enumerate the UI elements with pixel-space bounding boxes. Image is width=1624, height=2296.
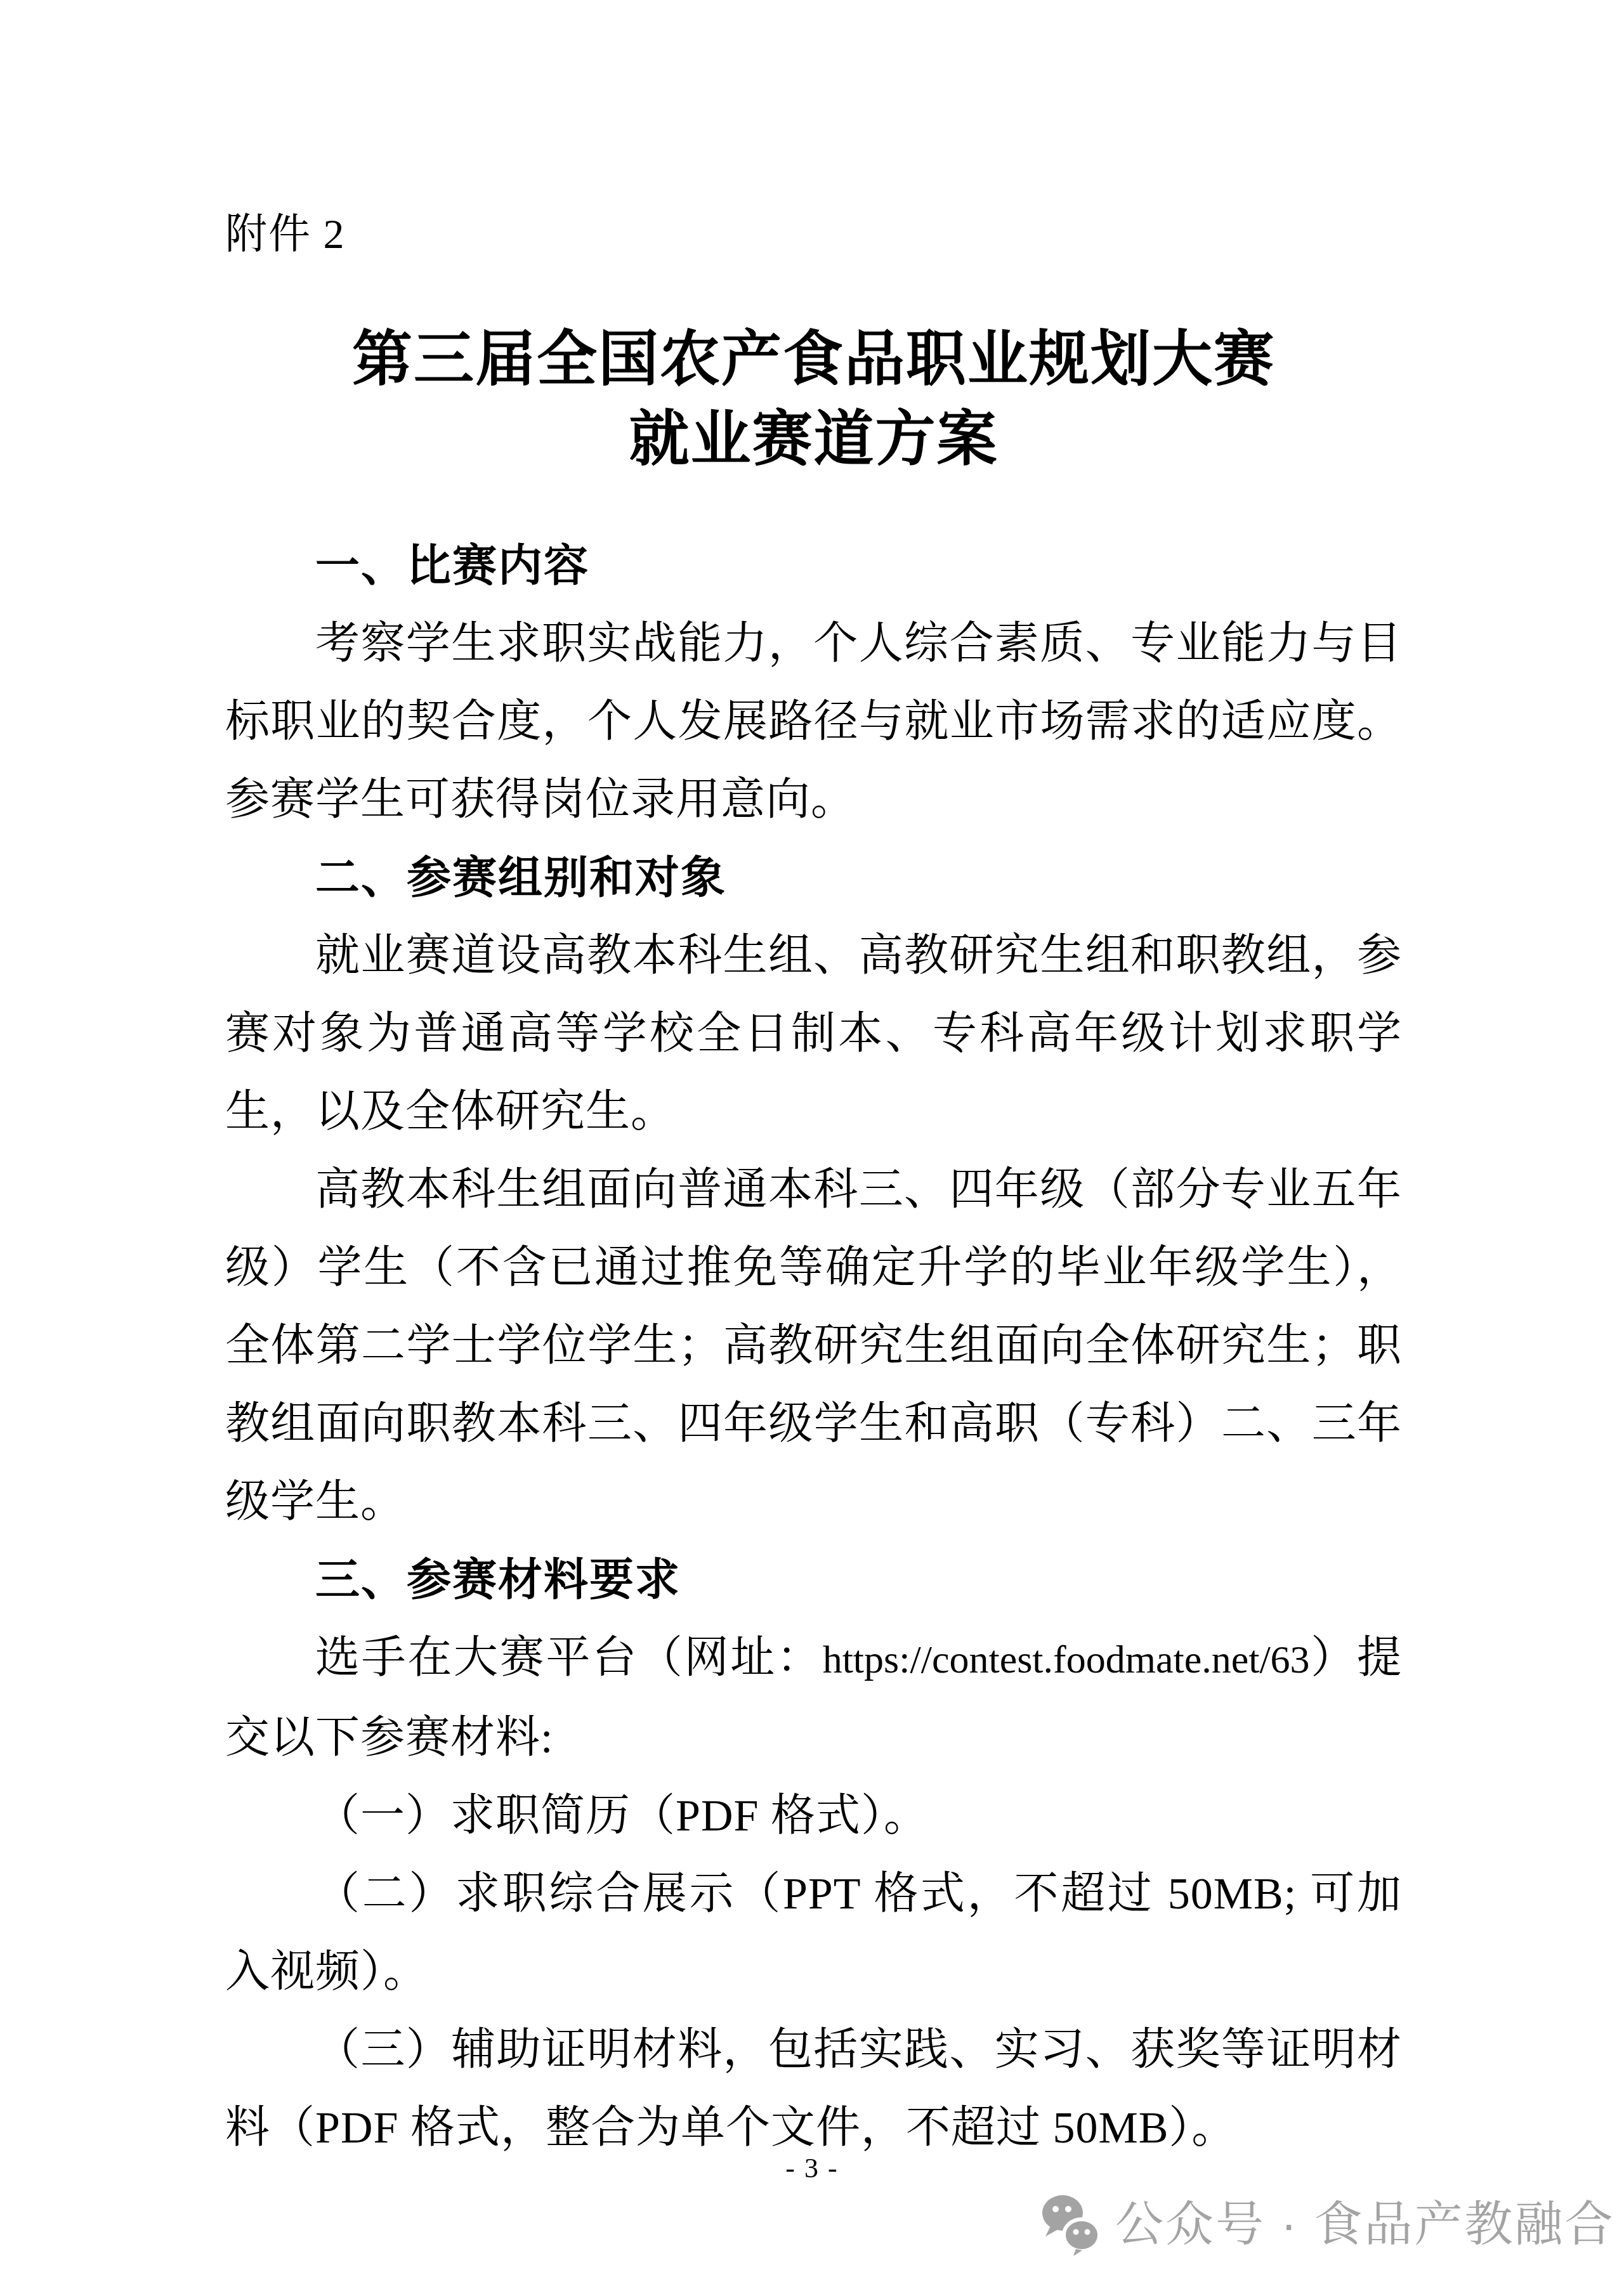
title-line-1: 第三届全国农产食品职业规划大赛 [225, 320, 1402, 400]
material-item-supporting-documents: （三）辅助证明材料，包括实践、实习、获奖等证明材料（PDF 格式，整合为单个文件… [225, 2011, 1402, 2167]
paragraph-competition-content: 考察学生求职实战能力，个人综合素质、专业能力与目标职业的契合度，个人发展路径与就… [225, 605, 1402, 839]
materials-intro-pre: 选手在大赛平台（网址： [315, 1634, 823, 1683]
paragraph-materials-intro: 选手在大赛平台（网址：https://contest.foodmate.net/… [225, 1619, 1402, 1777]
document-content: 附件 2 第三届全国农产食品职业规划大赛 就业赛道方案 一、比赛内容 考察学生求… [0, 0, 1624, 2167]
section-heading-competition-content: 一、比赛内容 [225, 527, 1402, 605]
wechat-icon [1042, 2193, 1101, 2257]
paragraph-groups: 就业赛道设高教本科生组、高教研究生组和职教组，参赛对象为普通高等学校全日制本、专… [225, 917, 1402, 1151]
wechat-watermark: 公众号 · 食品产教融合 [1042, 2193, 1615, 2257]
section-heading-material-requirements: 三、参赛材料要求 [225, 1541, 1402, 1619]
contest-platform-url: https://contest.foodmate.net/63 [823, 1638, 1310, 1681]
document-body: 一、比赛内容 考察学生求职实战能力，个人综合素质、专业能力与目标职业的契合度，个… [225, 527, 1402, 2167]
page-number: - 3 - [0, 2151, 1624, 2186]
paragraph-group-details: 高教本科生组面向普通本科三、四年级（部分专业五年级）学生（不含已通过推免等确定升… [225, 1151, 1402, 1541]
title-line-2: 就业赛道方案 [225, 400, 1402, 479]
document-title: 第三届全国农产食品职业规划大赛 就业赛道方案 [225, 320, 1402, 479]
material-item-presentation: （二）求职综合展示（PPT 格式，不超过 50MB; 可加入视频）。 [225, 1855, 1402, 2011]
section-heading-groups-and-targets: 二、参赛组别和对象 [225, 839, 1402, 917]
document-page: 附件 2 第三届全国农产食品职业规划大赛 就业赛道方案 一、比赛内容 考察学生求… [0, 0, 1624, 2296]
watermark-text: 公众号 · 食品产教融合 [1115, 2193, 1615, 2257]
attachment-label: 附件 2 [225, 208, 1402, 261]
material-item-resume: （一）求职简历（PDF 格式）。 [225, 1777, 1402, 1855]
